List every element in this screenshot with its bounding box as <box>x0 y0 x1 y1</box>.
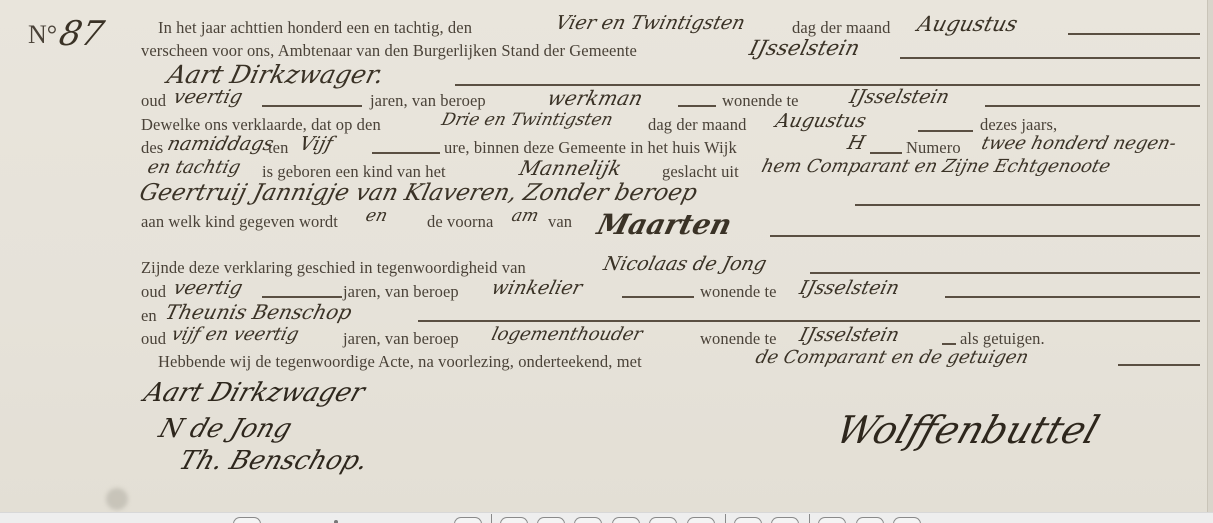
handwritten-witness2-age: vijf en veertig <box>169 324 301 345</box>
printed-text: aan welk kind gegeven wordt <box>141 212 338 232</box>
printed-text: van <box>548 212 572 232</box>
handwritten-declarant-residence: IJsselstein <box>847 86 951 108</box>
handwritten-time-of-day: namiddags <box>165 133 276 155</box>
toolbar-button-9[interactable] <box>734 517 762 523</box>
printed-text: wonende te <box>700 329 777 349</box>
toolbar-button-8[interactable] <box>687 517 715 523</box>
fill-line <box>945 296 1200 298</box>
handwritten-mother: Geertruij Jannigje van Klaveren, Zonder … <box>137 180 700 206</box>
toolbar-separator <box>809 514 810 523</box>
fill-line <box>870 152 902 154</box>
handwritten-hour: Vijf <box>297 133 335 155</box>
fill-line <box>810 272 1200 274</box>
page-edge <box>1207 0 1213 512</box>
fill-line <box>262 296 342 298</box>
fill-line <box>678 105 716 107</box>
fill-line <box>622 296 694 298</box>
fill-line <box>855 204 1200 206</box>
handwritten-declarant-occupation: werkman <box>545 86 645 110</box>
toolbar-button-6[interactable] <box>612 517 640 523</box>
handwritten-signed-with: de Comparant en de getuigen <box>753 347 1030 368</box>
printed-text: en <box>141 306 157 326</box>
handwritten-witness1-age: veertig <box>171 277 245 299</box>
printed-text: dag der maand <box>648 115 746 135</box>
handwritten-birth-day: Drie en Twintigsten <box>440 110 615 130</box>
printed-text: de voorna <box>427 212 493 232</box>
handwritten-declarant-age: veertig <box>171 86 245 108</box>
handwritten-witness1-occupation: winkelier <box>489 277 584 299</box>
signature-witness2: Th. Benschop. <box>175 446 372 476</box>
fill-line <box>1068 33 1200 35</box>
handwritten-declarant-name: Aart Dirkzwager. <box>164 60 387 89</box>
printed-text: Hebbende wij de tegenwoordige Acte, na v… <box>158 352 642 372</box>
handwritten-wijk: H <box>845 132 867 154</box>
fill-line <box>942 343 956 345</box>
handwritten-witness2-name: Theunis Benschop <box>163 300 354 324</box>
printed-text: oud <box>141 91 166 111</box>
handwritten-day: Vier en Twintigsten <box>553 12 747 34</box>
entry-number-label: N° <box>28 20 57 50</box>
printed-text: ten <box>268 138 288 158</box>
signature-registrar: Wolffenbuttel <box>831 408 1105 452</box>
printed-text: oud <box>141 282 166 302</box>
handwritten-birth-month: Augustus <box>773 110 868 132</box>
fill-line <box>262 105 362 107</box>
toolbar-button-4[interactable] <box>537 517 565 523</box>
toolbar-button-1[interactable] <box>233 517 261 523</box>
printed-text: oud <box>141 329 166 349</box>
fill-line <box>372 152 440 154</box>
printed-text: In het jaar achttien honderd een en tach… <box>158 18 472 38</box>
printed-text: wonende te <box>700 282 777 302</box>
handwritten-month: Augustus <box>915 12 1020 36</box>
printed-text: als getuigen. <box>960 329 1045 349</box>
entry-number: 87 <box>56 14 108 54</box>
handwritten-witness1-name: Nicolaas de Jong <box>601 253 769 275</box>
toolbar-button-2[interactable] <box>454 517 482 523</box>
toolbar-button-11[interactable] <box>818 517 846 523</box>
toolbar-separator <box>725 514 726 523</box>
handwritten-witness2-residence: IJsselstein <box>797 324 901 346</box>
fill-line <box>1118 364 1200 366</box>
handwritten-article: en <box>364 206 390 226</box>
fill-line <box>918 130 973 132</box>
viewer-toolbar <box>0 512 1213 523</box>
signature-declarant: Aart Dirkzwager <box>140 378 368 408</box>
handwritten-sex: Mannelijk <box>517 156 624 180</box>
toolbar-button-13[interactable] <box>893 517 921 523</box>
stain <box>106 488 128 510</box>
printed-text: dag der maand <box>792 18 890 38</box>
printed-text: dezes jaars, <box>980 115 1057 135</box>
printed-text: jaren, van beroep <box>343 282 459 302</box>
printed-text: des <box>141 138 163 158</box>
fill-line <box>985 105 1200 107</box>
handwritten-witness1-residence: IJsselstein <box>797 277 901 299</box>
handwritten-witness2-occupation: logementhouder <box>489 324 644 345</box>
handwritten-infix: am <box>510 206 541 226</box>
toolbar-button-10[interactable] <box>771 517 799 523</box>
printed-text: geslacht uit <box>662 162 739 182</box>
printed-text: Numero <box>906 138 961 158</box>
printed-text: jaren, van beroep <box>370 91 486 111</box>
toolbar-separator <box>491 514 492 523</box>
fill-line <box>900 57 1200 59</box>
handwritten-house-number: twee honderd negen- <box>979 133 1178 154</box>
handwritten-given-name: Maarten <box>594 208 735 241</box>
document-scan: N° 87 In het jaar achttien honderd een e… <box>0 0 1207 512</box>
handwritten-municipality: IJsselstein <box>747 36 862 60</box>
toolbar-button-3[interactable] <box>500 517 528 523</box>
toolbar-button-5[interactable] <box>574 517 602 523</box>
handwritten-house-number-cont: en tachtig <box>145 157 242 178</box>
fill-line <box>770 235 1200 237</box>
printed-text: ure, binnen deze Gemeente in het huis Wi… <box>444 138 737 158</box>
printed-text: jaren, van beroep <box>343 329 459 349</box>
handwritten-parents: hem Comparant en Zijne Echtgenoote <box>759 156 1112 177</box>
signature-witness1: N de Jong <box>155 414 296 444</box>
printed-text: verscheen voor ons, Ambtenaar van den Bu… <box>141 41 637 61</box>
printed-text: wonende te <box>722 91 799 111</box>
toolbar-button-12[interactable] <box>856 517 884 523</box>
fill-line <box>418 320 1200 322</box>
toolbar-button-7[interactable] <box>649 517 677 523</box>
printed-text: Dewelke ons verklaarde, dat op den <box>141 115 381 135</box>
printed-text: is geboren een kind van het <box>262 162 446 182</box>
printed-text: Zijnde deze verklaring geschied in tegen… <box>141 258 526 278</box>
